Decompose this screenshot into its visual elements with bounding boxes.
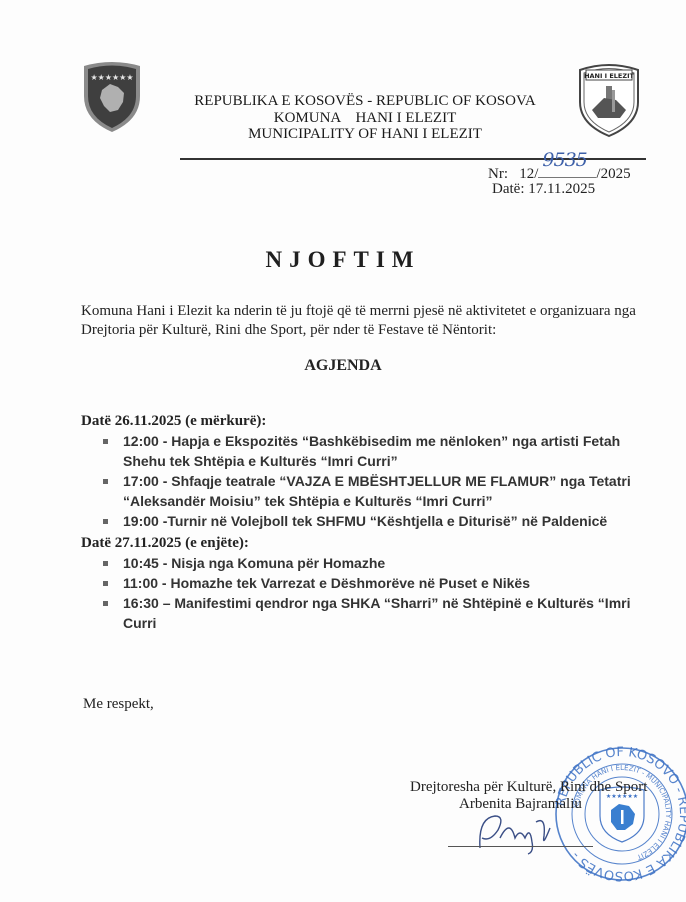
agenda-day-2: Datë 27.11.2025 (e enjëte): 10:45 - Nisj… xyxy=(81,534,661,633)
header-municipality-sq: KOMUNA HANI I ELEZIT xyxy=(180,110,550,127)
header-municipality-en: MUNICIPALITY OF HANI I ELEZIT xyxy=(180,126,550,143)
nr-prefix: 12/ xyxy=(519,166,538,182)
event-item: 10:45 - Nisja nga Komuna për Homazhe xyxy=(81,553,661,573)
event-item: 17:00 - Shfaqje teatrale “VAJZA E MBËSHT… xyxy=(81,471,661,511)
document-title: NJOFTIM xyxy=(0,247,686,273)
intro-paragraph: Komuna Hani i Elezit ka nderin të ju fto… xyxy=(81,302,661,340)
bullet-icon xyxy=(103,479,108,484)
header-country: REPUBLIKA E KOSOVËS - REPUBLIC OF KOSOVA xyxy=(180,93,550,110)
bullet-icon xyxy=(103,439,108,444)
hani-i-elezit-emblem-icon: HANI I ELEZIT xyxy=(576,60,642,138)
kosovo-coat-of-arms-icon: ★★★★★★ xyxy=(80,60,144,134)
event-item: 11:00 - Homazhe tek Varrezat e Dëshmorëv… xyxy=(81,573,661,593)
nr-label: Nr: xyxy=(488,166,508,182)
bullet-icon xyxy=(103,581,108,586)
signature-line xyxy=(448,846,593,847)
event-item: 12:00 - Hapja e Ekspozitës “Bashkëbisedi… xyxy=(81,431,661,471)
agenda-day-1: Datë 26.11.2025 (e mërkurë): 12:00 - Hap… xyxy=(81,412,661,531)
event-item: 19:00 -Turnir në Volejboll tek SHFMU “Kë… xyxy=(81,511,661,531)
svg-text:HANI I ELEZIT: HANI I ELEZIT xyxy=(584,72,634,80)
day-title: Datë 26.11.2025 (e mërkurë): xyxy=(81,412,661,431)
signatory-title: Drejtoresha për Kulturë, Rini dhe Sport xyxy=(410,779,647,796)
event-list: 10:45 - Nisja nga Komuna për Homazhe 11:… xyxy=(81,553,661,633)
bullet-icon xyxy=(103,561,108,566)
nr-handwritten-field: 9535 xyxy=(538,163,596,178)
date-label: Datë: xyxy=(492,181,524,197)
bullet-icon xyxy=(103,519,108,524)
svg-text:★★★★★★: ★★★★★★ xyxy=(90,73,133,82)
agenda-heading: AGJENDA xyxy=(0,357,686,375)
event-list: 12:00 - Hapja e Ekspozitës “Bashkëbisedi… xyxy=(81,431,661,531)
nr-handwritten-value: 9535 xyxy=(542,149,586,171)
handwritten-signature-icon xyxy=(470,808,560,858)
date-value: 17.11.2025 xyxy=(528,181,595,197)
day-title: Datë 27.11.2025 (e enjëte): xyxy=(81,534,661,553)
bullet-icon xyxy=(103,601,108,606)
reference-date: Datë: 17.11.2025 xyxy=(492,181,595,198)
closing-text: Me respekt, xyxy=(83,696,154,713)
official-stamp-icon: REPUBLIC OF KOSOVO - REPUBLIKA E KOSOVËS… xyxy=(555,742,686,887)
event-item: 16:30 – Manifestimi qendror nga SHKA “Sh… xyxy=(81,593,661,633)
reference-number: Nr: 12/9535/2025 xyxy=(488,163,631,183)
nr-suffix: /2025 xyxy=(596,166,630,182)
